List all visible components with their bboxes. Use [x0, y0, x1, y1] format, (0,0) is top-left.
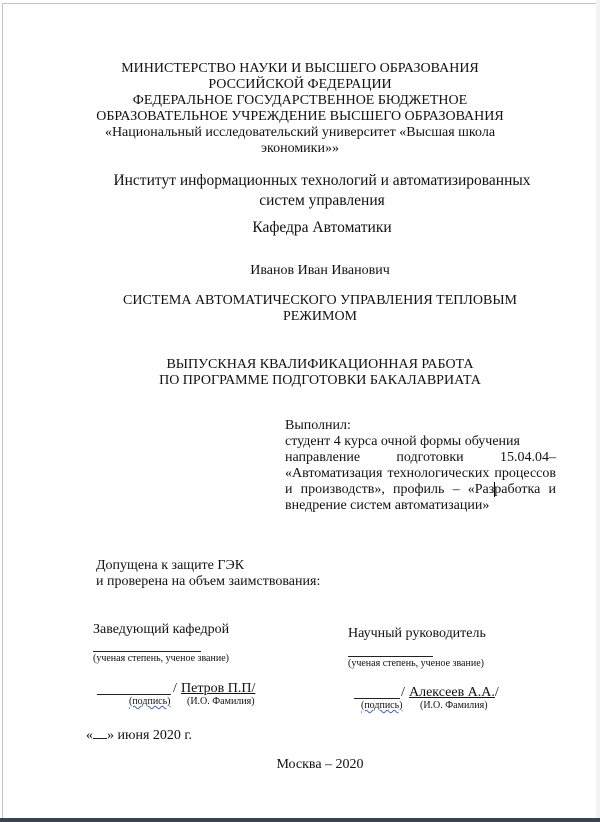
supervisor-signature-caption: (подпись): [361, 700, 403, 712]
text-cursor: [494, 482, 495, 497]
supervisor-name-caption: (И.О. Фамилия): [420, 700, 488, 712]
department: Кафедра Автоматики: [22, 220, 600, 236]
university-name-line-2: экономики»»: [0, 141, 600, 157]
institute-line-1: Институт информационных технологий и авт…: [22, 173, 600, 189]
supervisor-separator: /: [401, 685, 405, 701]
status-bar: [0, 818, 600, 822]
topic-line-1: СИСТЕМА АВТОМАТИЧЕСКОГО УПРАВЛЕНИЯ ТЕПЛО…: [20, 293, 600, 309]
head-signature-line: [97, 694, 171, 695]
performed-line-1: студент 4 курса очной формы обучения: [285, 434, 520, 450]
date-rest: » июня 2020 г.: [107, 728, 192, 743]
head-degree-line: [93, 651, 201, 652]
supervisor-degree-caption: (ученая степень, ученое звание): [348, 658, 484, 670]
date-open-quote: «: [86, 728, 93, 743]
supervisor-signature-line: [354, 698, 400, 699]
supervisor-name: Алексеев А.А.: [409, 685, 495, 700]
head-signature-caption: (подпись): [129, 696, 171, 708]
supervisor-title: Научный руководитель: [348, 626, 486, 642]
city-year: Москва – 2020: [20, 757, 600, 773]
head-name: Петров П.П/: [181, 681, 255, 697]
ministry-line-1: МИНИСТЕРСТВО НАУКИ И ВЫСШЕГО ОБРАЗОВАНИЯ: [0, 61, 600, 77]
topic-line-2: РЕЖИМОМ: [20, 309, 600, 325]
university-name-line-1: «Национальный исследовательский универси…: [0, 125, 600, 141]
admission-line-2: и проверена на объем заимствования:: [96, 574, 320, 590]
supervisor-degree-line: [348, 656, 433, 657]
head-of-department-title: Заведующий кафедрой: [93, 622, 229, 638]
work-type-line-2: ПО ПРОГРАММЕ ПОДГОТОВКИ БАКАЛАВРИАТА: [20, 373, 600, 389]
university-line-2: ОБРАЗОВАТЕЛЬНОЕ УЧРЕЖДЕНИЕ ВЫСШЕГО ОБРАЗ…: [0, 109, 600, 125]
head-name-caption: (И.О. Фамилия): [187, 696, 255, 708]
supervisor-name-wrap: Алексеев А.А./: [409, 685, 499, 701]
date-line: «» июня 2020 г.: [86, 726, 192, 744]
author-name: Иванов Иван Иванович: [20, 263, 600, 279]
performed-line-2: направление подготовки 15.04.04–: [285, 450, 556, 466]
work-type-line-1: ВЫПУСКНАЯ КВАЛИФИКАЦИОННАЯ РАБОТА: [20, 357, 600, 373]
performed-label: Выполнил:: [285, 418, 351, 434]
performed-line-5: внедрение систем автоматизации»: [285, 498, 489, 514]
head-separator: /: [173, 681, 177, 697]
supervisor-name-suffix: /: [495, 685, 499, 700]
head-degree-caption: (ученая степень, ученое звание): [93, 653, 229, 665]
date-day-blank: [93, 726, 107, 739]
university-line-1: ФЕДЕРАЛЬНОЕ ГОСУДАРСТВЕННОЕ БЮДЖЕТНОЕ: [0, 93, 600, 109]
ministry-line-2: РОССИЙСКОЙ ФЕДЕРАЦИИ: [0, 77, 600, 93]
performed-line-3: «Автоматизация технологических процессов: [285, 466, 556, 482]
performed-line-4: и производств», профиль – «Разработка и: [285, 482, 556, 498]
admission-line-1: Допущена к защите ГЭК: [96, 558, 244, 574]
institute-line-2: систем управления: [22, 193, 600, 209]
